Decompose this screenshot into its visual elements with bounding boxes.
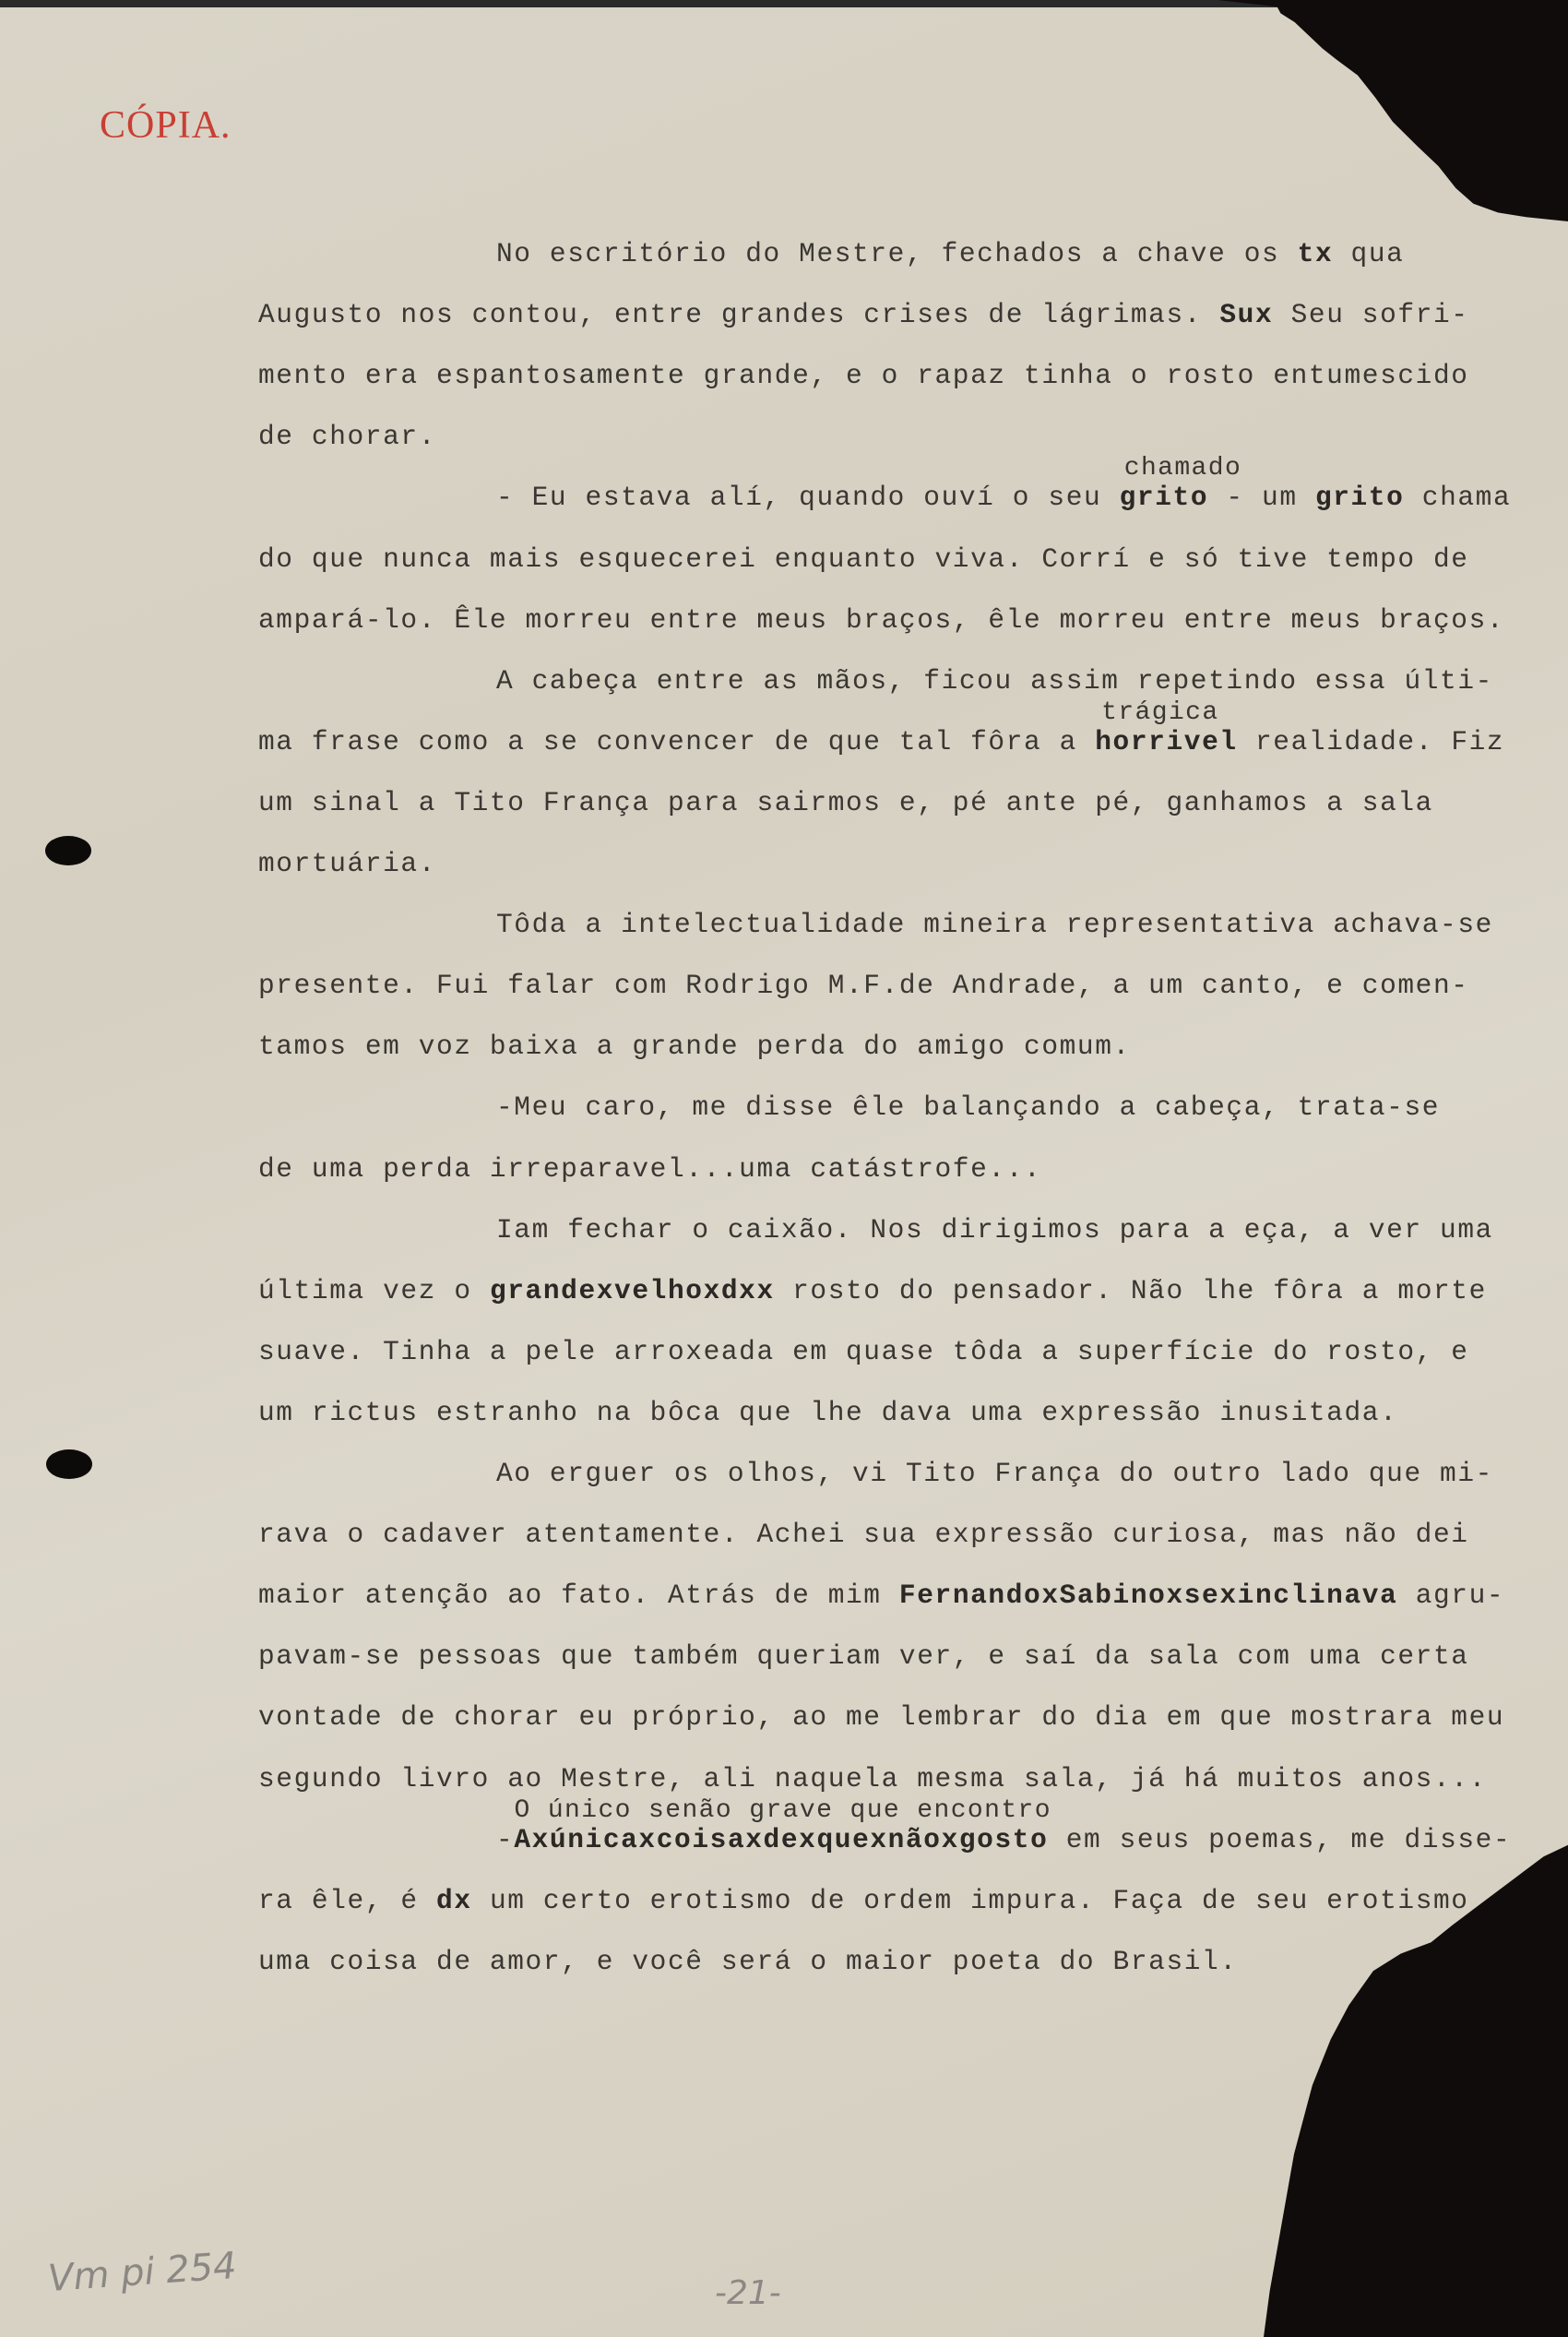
line-text: um sinal a Tito França para sairmos e, p… [258, 787, 1433, 818]
text-line: Iam fechar o caixão. Nos dirigimos para … [496, 1214, 1493, 1246]
struck-out-text: FernandoxSabinoxsexinclinava [899, 1580, 1397, 1611]
copia-stamp: CÓPIA. [100, 103, 232, 148]
line-text: suave. Tinha a pele arroxeada em quase t… [258, 1336, 1469, 1367]
line-text: em seus poemas, me disse- [1048, 1824, 1511, 1855]
text-line: um sinal a Tito França para sairmos e, p… [258, 787, 1433, 818]
punch-hole-lower [46, 1449, 92, 1479]
line-text: Iam fechar o caixão. Nos dirigimos para … [496, 1214, 1493, 1246]
struck-out-text: Sux [1219, 299, 1273, 330]
line-text: rosto do pensador. Não lhe fôra a morte [775, 1275, 1487, 1306]
torn-corner-top-right [1218, 0, 1568, 221]
text-line: presente. Fui falar com Rodrigo M.F.de A… [258, 970, 1469, 1001]
text-line: -Axúnicaxcoisaxdexquexnãoxgosto em seus … [496, 1824, 1511, 1855]
text-line: de uma perda irreparavel...uma catástrof… [258, 1153, 1041, 1185]
text-line: segundo livro ao Mestre, ali naquela mes… [258, 1763, 1487, 1794]
text-line: um rictus estranho na bôca que lhe dava … [258, 1397, 1397, 1428]
line-text: de uma perda irreparavel...uma catástrof… [258, 1153, 1041, 1185]
line-text: maior atenção ao fato. Atrás de mim [258, 1580, 899, 1611]
line-text: um rictus estranho na bôca que lhe dava … [258, 1397, 1397, 1428]
line-text: - Eu estava alí, quando ouví o seu [496, 482, 1120, 513]
line-text: A cabeça entre as mãos, ficou assim repe… [496, 665, 1493, 697]
line-text: última vez o [258, 1275, 490, 1306]
text-line: uma coisa de amor, e você será o maior p… [258, 1946, 1238, 1977]
line-text: rava o cadaver atentamente. Achei sua ex… [258, 1519, 1469, 1550]
line-text: Ao erguer os olhos, vi Tito França do ou… [496, 1458, 1493, 1489]
text-line: -Meu caro, me disse êle balançando a cab… [496, 1091, 1440, 1123]
line-text: Augusto nos contou, entre grandes crises… [258, 299, 1219, 330]
line-text: ampará-lo. Êle morreu entre meus braços,… [258, 604, 1504, 636]
line-text: mortuária. [258, 848, 436, 879]
line-text: pavam-se pessoas que também queriam ver,… [258, 1640, 1469, 1672]
line-text: ra êle, é [258, 1885, 436, 1916]
text-line: No escritório do Mestre, fechados a chav… [496, 238, 1404, 269]
struck-out-text: dx [436, 1885, 472, 1916]
text-line: última vez o grandexvelhoxdxx rosto do p… [258, 1275, 1487, 1306]
line-text: - [496, 1824, 514, 1855]
struck-out-text: Axúnicaxcoisaxdexquexnãoxgosto [514, 1824, 1048, 1855]
punch-hole-upper [45, 836, 91, 865]
text-line: rava o cadaver atentamente. Achei sua ex… [258, 1519, 1469, 1550]
text-line: Ao erguer os olhos, vi Tito França do ou… [496, 1458, 1493, 1489]
text-line: vontade de chorar eu próprio, ao me lemb… [258, 1701, 1504, 1733]
line-text: uma coisa de amor, e você será o maior p… [258, 1946, 1238, 1977]
struck-out-text: grandexvelhoxdxx [490, 1275, 775, 1306]
text-line: Augusto nos contou, entre grandes crises… [258, 299, 1469, 330]
text-line: pavam-se pessoas que também queriam ver,… [258, 1640, 1469, 1672]
typewritten-page: CÓPIA. No escritório do Mestre, fechados… [0, 0, 1568, 2337]
struck-out-text: tx [1298, 238, 1334, 269]
text-line: ra êle, é dx um certo erotismo de ordem … [258, 1885, 1469, 1916]
line-text: chama [1404, 482, 1511, 513]
line-text: qua [1333, 238, 1404, 269]
struck-out-text: grito [1120, 482, 1209, 513]
interlinear-correction: O único senão grave que encontro [514, 1796, 1051, 1825]
line-text: agru- [1397, 1580, 1504, 1611]
line-text: ma frase como a se convencer de que tal … [258, 726, 1095, 757]
text-line: de chorar. [258, 421, 436, 452]
line-text: realidade. Fiz [1238, 726, 1505, 757]
text-line: Tôda a intelectualidade mineira represen… [496, 909, 1493, 940]
text-line: tamos em voz baixa a grande perda do ami… [258, 1031, 1131, 1062]
archive-mark: Vm pi 254 [47, 2245, 238, 2300]
text-line: mento era espantosamente grande, e o rap… [258, 360, 1469, 391]
page-number: -21- [715, 2274, 781, 2312]
line-text: tamos em voz baixa a grande perda do ami… [258, 1031, 1131, 1062]
line-text: - um [1208, 482, 1315, 513]
text-line: suave. Tinha a pele arroxeada em quase t… [258, 1336, 1469, 1367]
line-text: de chorar. [258, 421, 436, 452]
line-text: do que nunca mais esquecerei enquanto vi… [258, 543, 1469, 575]
line-text: vontade de chorar eu próprio, ao me lemb… [258, 1701, 1504, 1733]
line-text: presente. Fui falar com Rodrigo M.F.de A… [258, 970, 1469, 1001]
text-line: ampará-lo. Êle morreu entre meus braços,… [258, 604, 1504, 636]
text-line: - Eu estava alí, quando ouví o seu grito… [496, 482, 1511, 513]
struck-out-text: horrivel [1095, 726, 1237, 757]
interlinear-correction: chamado [1124, 454, 1241, 483]
text-line: do que nunca mais esquecerei enquanto vi… [258, 543, 1469, 575]
text-line: maior atenção ao fato. Atrás de mim Fern… [258, 1580, 1504, 1611]
text-line: ma frase como a se convencer de que tal … [258, 726, 1504, 757]
line-text: um certo erotismo de ordem impura. Faça … [472, 1885, 1469, 1916]
line-text: No escritório do Mestre, fechados a chav… [496, 238, 1298, 269]
line-text: -Meu caro, me disse êle balançando a cab… [496, 1091, 1440, 1123]
text-line: A cabeça entre as mãos, ficou assim repe… [496, 665, 1493, 697]
struck-out-text: grito [1315, 482, 1405, 513]
line-text: Tôda a intelectualidade mineira represen… [496, 909, 1493, 940]
line-text: Seu sofri- [1273, 299, 1468, 330]
line-text: mento era espantosamente grande, e o rap… [258, 360, 1469, 391]
interlinear-correction: trágica [1101, 698, 1218, 727]
text-line: mortuária. [258, 848, 436, 879]
line-text: segundo livro ao Mestre, ali naquela mes… [258, 1763, 1487, 1794]
